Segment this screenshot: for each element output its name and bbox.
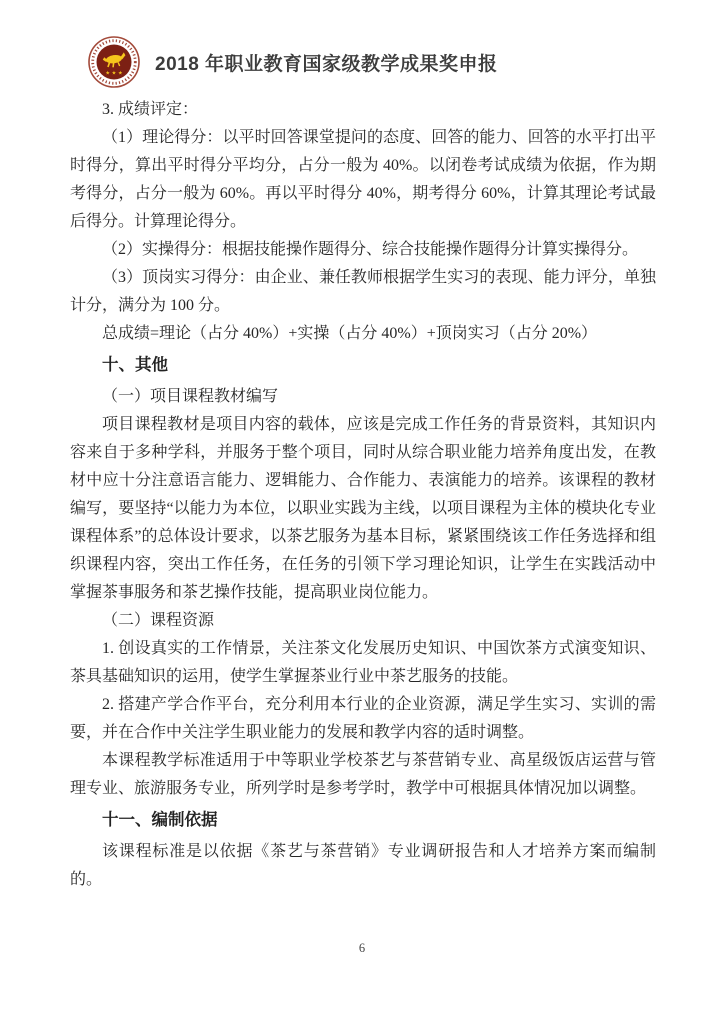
paragraph-theory-score: （1）理论得分：以平时回答课堂提问的态度、回答的能力、回答的水平打出平时得分，算… (70, 124, 656, 236)
page-number: 6 (0, 941, 724, 956)
document-body: 3. 成绩评定： （1）理论得分：以平时回答课堂提问的态度、回答的能力、回答的水… (70, 96, 656, 894)
heading-section-eleven-basis: 十一、编制依据 (70, 806, 656, 834)
svg-text:★ ★ ★: ★ ★ ★ (105, 71, 123, 77)
paragraph-resource-item-2: 2. 搭建产学合作平台，充分利用本行业的企业资源，满足学生实习、实训的需要，并在… (70, 691, 656, 747)
subheading-textbook-writing: （一）项目课程教材编写 (70, 383, 656, 411)
document-title: 2018 年职业教育国家级教学成果奖申报 (155, 49, 498, 76)
document-page: ★ ★ ★ 2018 年职业教育国家级教学成果奖申报 3. 成绩评定： （1）理… (0, 0, 724, 1024)
heading-section-ten-other: 十、其他 (70, 351, 656, 379)
paragraph-practice-score: （2）实操得分：根据技能操作题得分、综合技能操作题得分计算实操得分。 (70, 236, 656, 264)
document-header: ★ ★ ★ 2018 年职业教育国家级教学成果奖申报 (88, 36, 498, 88)
paragraph-total-formula: 总成绩=理论（占分 40%）+实操（占分 40%）+顶岗实习（占分 20%） (70, 320, 656, 348)
subheading-course-resources: （二）课程资源 (70, 607, 656, 635)
paragraph-textbook-description: 项目课程教材是项目内容的载体，应该是完成工作任务的背景资料，其知识内容来自于多种… (70, 411, 656, 607)
paragraph-internship-score: （3）顶岗实习得分：由企业、兼任教师根据学生实习的表现、能力评分，单独计分，满分… (70, 264, 656, 320)
paragraph-applicability: 本课程教学标准适用于中等职业学校茶艺与茶营销专业、高星级饭店运营与管理专业、旅游… (70, 747, 656, 803)
paragraph-resource-item-1: 1. 创设真实的工作情景，关注茶文化发展历史知识、中国饮茶方式演变知识、茶具基础… (70, 635, 656, 691)
paragraph-grading-label: 3. 成绩评定： (70, 96, 656, 124)
school-emblem-icon: ★ ★ ★ (88, 36, 140, 88)
paragraph-compilation-basis: 该课程标准是以依据《茶艺与茶营销》专业调研报告和人才培养方案而编制的。 (70, 838, 656, 894)
